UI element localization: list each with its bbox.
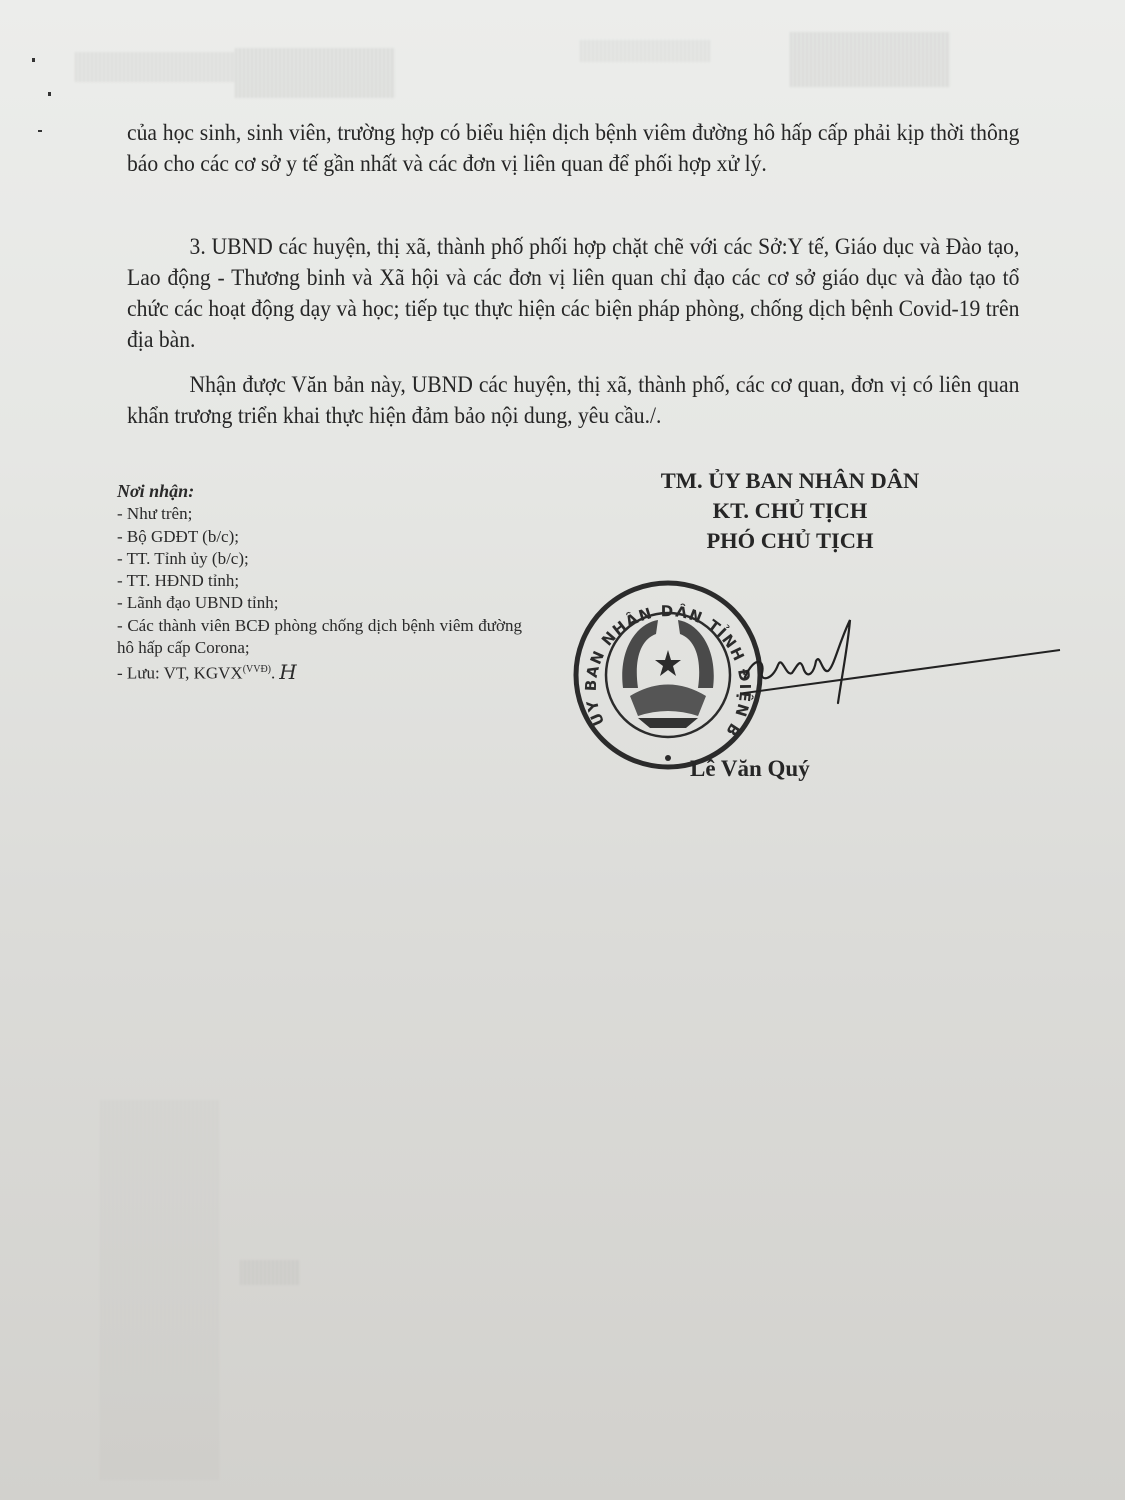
recipient-archive: - Lưu: VT, KGVX(VVĐ).H <box>117 659 522 685</box>
paragraph-text: 3. UBND các huyện, thị xã, thành phố phố… <box>127 232 1019 356</box>
signature-line-3: PHÓ CHỦ TỊCH <box>600 526 980 556</box>
recipients-title: Nơi nhận: <box>117 480 522 502</box>
speck <box>38 130 42 132</box>
recipient-item: - Bộ GDĐT (b/c); <box>117 526 522 548</box>
archive-superscript: (VVĐ) <box>243 664 271 675</box>
archive-label: - Lưu: VT, KGVX <box>117 664 243 683</box>
handwritten-signature-icon <box>740 615 1070 715</box>
paragraph-text: của học sinh, sinh viên, trường hợp có b… <box>127 118 1019 180</box>
speck <box>32 58 35 62</box>
toner-smudge <box>100 1100 220 1480</box>
toner-smudge <box>235 48 395 98</box>
recipient-item: - TT. HĐND tỉnh; <box>117 570 522 592</box>
signer-name: Lê Văn Quý <box>690 756 810 782</box>
toner-smudge <box>790 32 950 87</box>
toner-smudge <box>240 1260 300 1285</box>
recipients-block: Nơi nhận: - Như trên; - Bộ GDĐT (b/c); -… <box>117 480 522 685</box>
handwritten-initial: H <box>279 660 296 684</box>
recipient-item: - TT. Tỉnh ủy (b/c); <box>117 548 522 570</box>
recipient-item: - Như trên; <box>117 503 522 525</box>
recipient-item: - Lãnh đạo UBND tỉnh; <box>117 592 522 614</box>
signature-line-2: KT. CHỦ TỊCH <box>600 496 980 526</box>
document-page: của học sinh, sinh viên, trường hợp có b… <box>0 0 1125 1500</box>
signature-line-1: TM. ỦY BAN NHÂN DÂN <box>600 466 980 496</box>
speck <box>48 92 51 96</box>
paragraph-text: Nhận được Văn bản này, UBND các huyện, t… <box>127 370 1019 432</box>
official-seal-icon: ỦY BAN NHÂN DÂN TỈNH ĐIỆN BIÊN <box>568 578 768 773</box>
paragraph-continuation: của học sinh, sinh viên, trường hợp có b… <box>127 118 1019 180</box>
toner-smudge <box>580 40 710 62</box>
signature-title-block: TM. ỦY BAN NHÂN DÂN KT. CHỦ TỊCH PHÓ CHỦ… <box>600 466 980 556</box>
toner-smudge <box>75 52 235 82</box>
paragraph-item-3: 3. UBND các huyện, thị xã, thành phố phố… <box>127 232 1019 356</box>
paragraph-closing: Nhận được Văn bản này, UBND các huyện, t… <box>127 370 1019 432</box>
recipient-item: - Các thành viên BCĐ phòng chống dịch bệ… <box>117 615 522 660</box>
